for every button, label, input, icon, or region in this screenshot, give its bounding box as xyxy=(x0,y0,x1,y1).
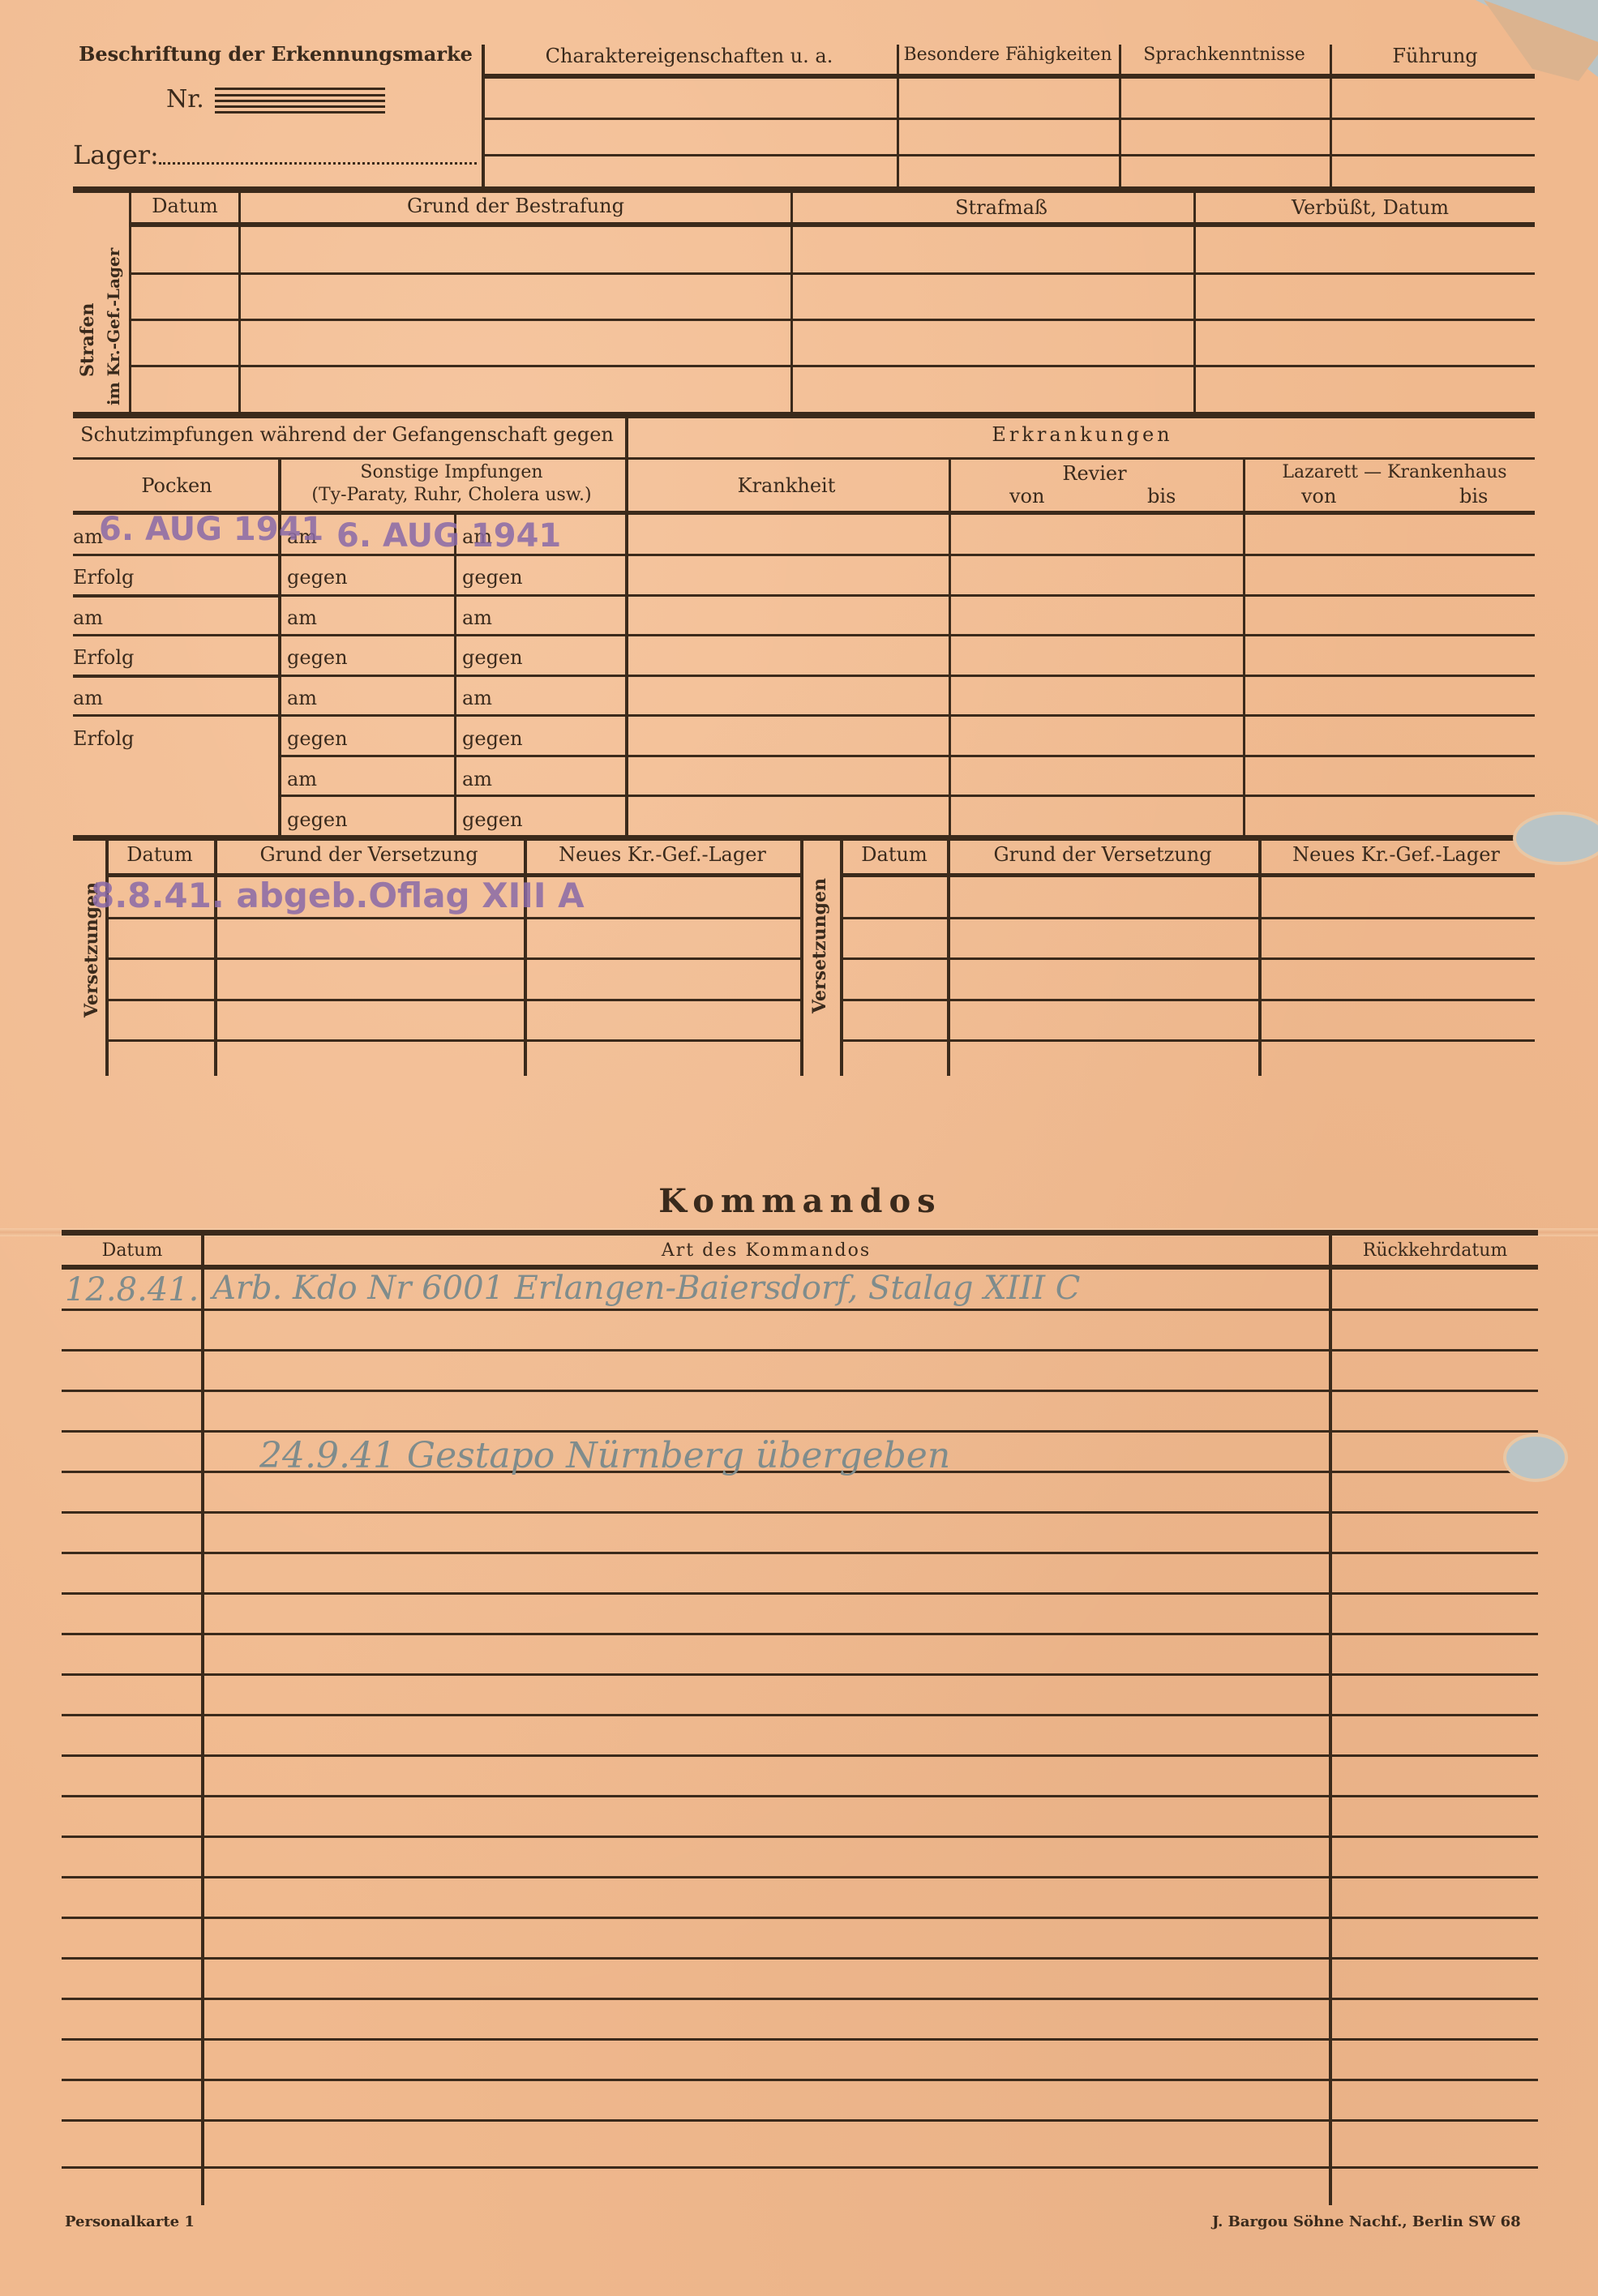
sonstige-row-label: gegen xyxy=(462,808,523,831)
transfer-stamp: 8.8.41. abgeb.Oflag XIII A xyxy=(91,876,585,915)
sonstige-row-label: am xyxy=(462,606,492,629)
divider xyxy=(1243,459,1245,835)
row-line xyxy=(625,795,1535,797)
date-stamp-pocken: 6. AUG 1941 xyxy=(99,511,323,548)
komm-col-art: Art des Kommandos xyxy=(662,1240,871,1261)
sonstige-row-label: am xyxy=(287,768,317,790)
sonstige-row-label: gegen xyxy=(462,727,523,750)
col-krankheit: Krankheit xyxy=(738,474,836,497)
header-rule xyxy=(483,74,1535,79)
col-sonstige: Sonstige Impfungen xyxy=(360,462,542,482)
strafen-col-datum: Datum xyxy=(152,195,217,217)
vers-right-col-grund: Grund der Versetzung xyxy=(993,843,1211,866)
sonstige-row-label: gegen xyxy=(462,646,523,669)
komm-col-rueckkehr: Rückkehrdatum xyxy=(1363,1240,1508,1261)
komm-col-datum: Datum xyxy=(102,1240,163,1261)
row-line xyxy=(625,554,1535,556)
row-line xyxy=(73,554,278,556)
punch-hole xyxy=(1506,1437,1565,1479)
sonstige-row-label: gegen xyxy=(287,566,348,589)
vers-left-col-grund: Grund der Versetzung xyxy=(259,843,478,866)
punch-hole xyxy=(1516,815,1598,862)
col-charakter: Charaktereigenschaften u. a. xyxy=(546,45,833,67)
row-line xyxy=(625,457,1535,460)
row-line xyxy=(281,755,625,757)
divider xyxy=(949,459,951,835)
kommando-entry-datum: 12.8.41. xyxy=(65,1271,199,1309)
row-line xyxy=(625,594,1535,597)
nr-label: Nr. xyxy=(166,85,204,114)
row-line xyxy=(625,634,1535,636)
footer-printer: J. Bargou Söhne Nachf., Berlin SW 68 xyxy=(1212,2213,1521,2230)
pocken-row-label: Erfolg xyxy=(73,566,134,589)
strafen-col-grund: Grund der Bestrafung xyxy=(407,195,624,217)
strafen-side-label-2: im Kr.-Gef.-Lager xyxy=(104,248,123,405)
row-line xyxy=(73,457,625,460)
col-lazarett: Lazarett — Krankenhaus xyxy=(1282,462,1506,482)
lager-label: Lager: xyxy=(73,139,159,170)
divider xyxy=(625,418,628,835)
row-line xyxy=(625,714,1535,717)
sonstige-row-label: am xyxy=(462,687,492,709)
section-rule xyxy=(73,186,1535,193)
row-line xyxy=(483,118,1535,120)
sonstige-row-label: gegen xyxy=(287,727,348,750)
lazarett-von: von xyxy=(1301,485,1336,508)
footer-form-id: Personalkarte 1 xyxy=(65,2213,195,2230)
kommandos-title: Kommandos xyxy=(658,1182,941,1220)
row-line xyxy=(129,319,1535,321)
pocken-row-label: Erfolg xyxy=(73,646,134,669)
col-revier: Revier xyxy=(1062,462,1126,485)
tag-label: Beschriftung der Erkennungsmarke xyxy=(79,42,473,66)
row-line xyxy=(281,675,625,677)
row-line xyxy=(73,714,278,717)
col-fuehrung: Führung xyxy=(1392,45,1477,67)
row-line xyxy=(625,755,1535,757)
vers-left-col-lager: Neues Kr.-Gef.-Lager xyxy=(559,843,766,866)
versetzungen-side-label-right: Versetzungen xyxy=(809,878,830,1013)
row-line xyxy=(129,365,1535,367)
lazarett-bis: bis xyxy=(1459,485,1488,508)
divider xyxy=(1329,1236,1332,2205)
vers-right-col-datum: Datum xyxy=(861,843,927,866)
row-line xyxy=(281,714,625,717)
row-line xyxy=(73,594,278,598)
col-faehigkeiten: Besondere Fähigkeiten xyxy=(903,45,1112,65)
row-line xyxy=(281,554,625,556)
divider xyxy=(201,1236,204,2205)
divider xyxy=(800,841,803,1076)
kommando-entry-art: Arb. Kdo Nr 6001 Erlangen-Baiersdorf, St… xyxy=(212,1270,1080,1307)
kommando-entry-note: 24.9.41 Gestapo Nürnberg übergeben xyxy=(259,1435,950,1476)
revier-von: von xyxy=(1009,485,1044,508)
sonstige-row-label: gegen xyxy=(287,808,348,831)
row-line xyxy=(73,634,278,636)
impfungen-title: Schutzimpfungen während der Gefangenscha… xyxy=(80,423,614,446)
strafen-side-label-1: Strafen xyxy=(77,303,98,377)
col-sprachkenntnisse: Sprachkenntnisse xyxy=(1143,45,1305,65)
row-line xyxy=(73,675,278,678)
sonstige-row-label: am xyxy=(287,687,317,709)
col-pocken: Pocken xyxy=(141,474,212,497)
row-line xyxy=(281,795,625,797)
row-line xyxy=(483,154,1535,156)
section-rule xyxy=(62,1230,1538,1236)
col-sonstige-sub: (Ty-Paraty, Ruhr, Cholera usw.) xyxy=(311,485,591,505)
sonstige-row-label: am xyxy=(462,768,492,790)
personnel-card: Beschriftung der Erkennungsmarke Nr. Lag… xyxy=(0,0,1598,2296)
section-rule xyxy=(73,835,1535,841)
pocken-row-label: am xyxy=(73,687,103,709)
pocken-row-label: Erfolg xyxy=(73,727,134,750)
row-line xyxy=(129,272,1535,275)
lager-field[interactable] xyxy=(159,162,477,165)
revier-bis: bis xyxy=(1147,485,1176,508)
header-rule xyxy=(129,222,1535,227)
vers-right-col-lager: Neues Kr.-Gef.-Lager xyxy=(1292,843,1500,866)
strafen-col-strafmass: Strafmaß xyxy=(955,196,1047,219)
row-line xyxy=(625,675,1535,677)
vers-left-col-datum: Datum xyxy=(126,843,192,866)
date-stamp-sonstige: 6. AUG 1941 xyxy=(336,517,561,555)
sonstige-row-label: am xyxy=(287,606,317,629)
row-line xyxy=(281,634,625,636)
sonstige-row-label: gegen xyxy=(287,646,348,669)
strafen-col-verbuesst: Verbüßt, Datum xyxy=(1292,196,1449,219)
sonstige-row-label: gegen xyxy=(462,566,523,589)
header-rule xyxy=(840,873,1535,877)
pocken-row-label: am xyxy=(73,606,103,629)
erkrankungen-title: Erkrankungen xyxy=(992,423,1172,446)
row-line xyxy=(281,594,625,597)
section-rule xyxy=(73,412,1535,418)
